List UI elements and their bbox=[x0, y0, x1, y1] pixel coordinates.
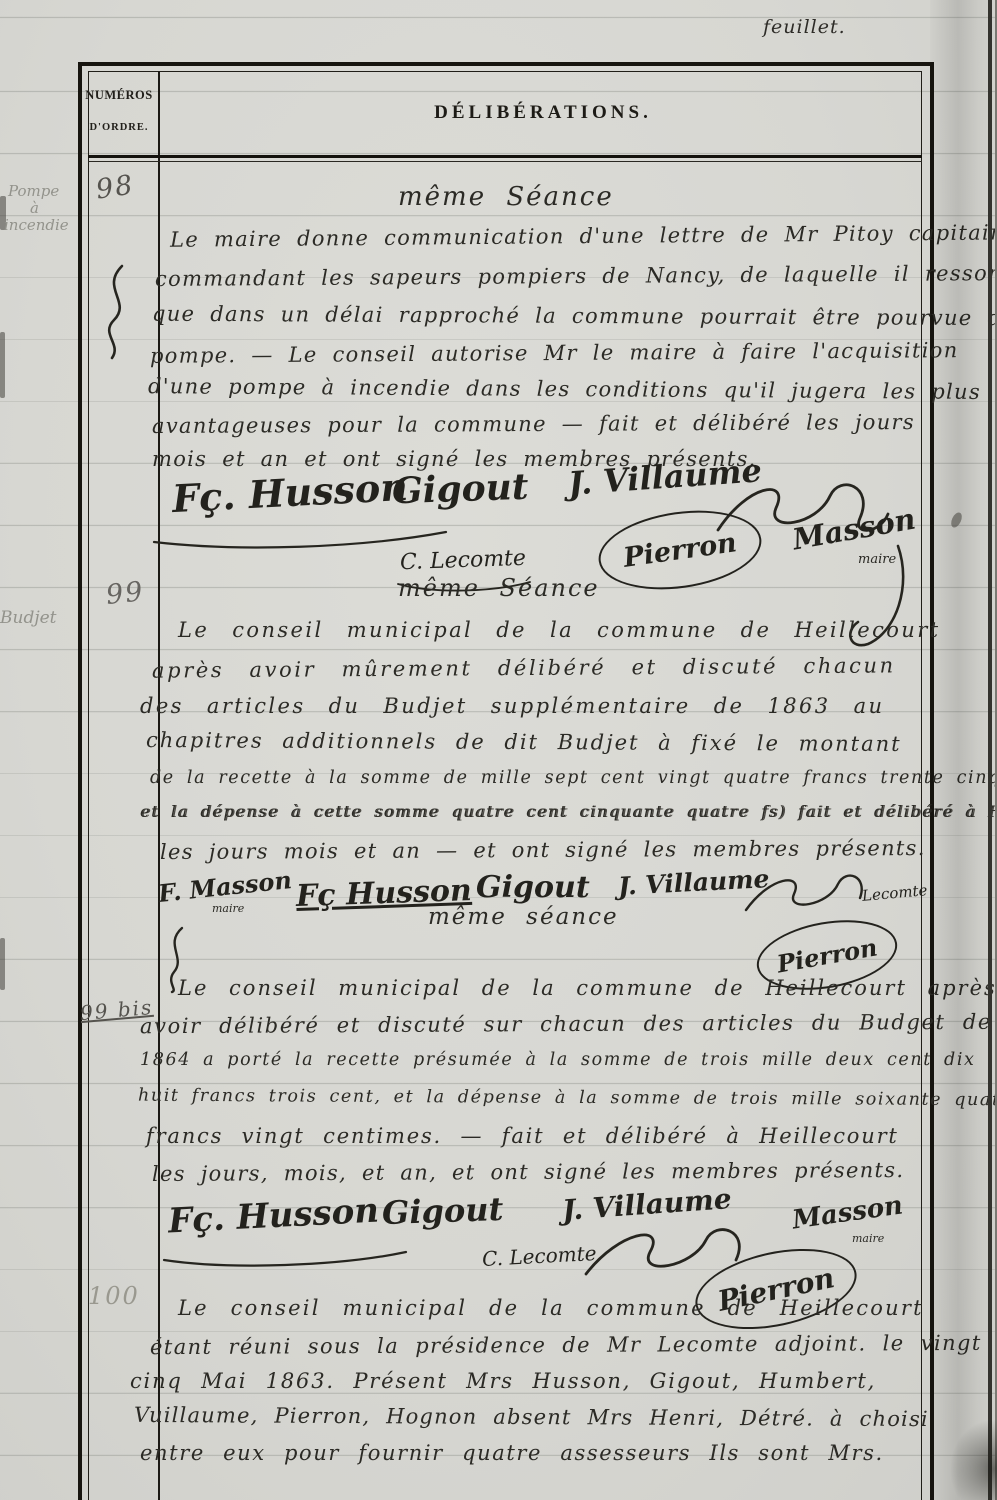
margin-note-budget: Budjet bbox=[0, 608, 57, 628]
page-gutter-shadow bbox=[930, 0, 997, 1500]
deliberation-line: Vuillaume, Pierron, Hognon absent Mrs He… bbox=[134, 1403, 929, 1431]
margin-note-pompe: Pompe bbox=[8, 182, 59, 200]
deliberation-line: avantageuses pour la commune — fait et d… bbox=[152, 410, 915, 438]
deliberation-line: Le conseil municipal de la commune de He… bbox=[178, 618, 941, 642]
deliberation-line: que dans un délai rapproché la commune p… bbox=[152, 302, 997, 331]
paraph-flourish bbox=[92, 262, 138, 362]
register-page-scan: feuillet. NUMÉROS D'ORDRE. DÉLIBÉRATIONS… bbox=[0, 0, 997, 1500]
deliberations-header: DÉLIBÉRATIONS. bbox=[160, 102, 926, 124]
deliberation-line: chapitres additionnels de dit Budjet à f… bbox=[146, 728, 902, 756]
deliberation-line: les jours mois et an — et ont signé les … bbox=[160, 836, 926, 864]
deliberation-line: francs vingt centimes. — fait et délibér… bbox=[146, 1124, 899, 1148]
scan-edge-smudge bbox=[0, 332, 5, 398]
feuillet-label: feuillet. bbox=[763, 16, 846, 38]
header-rule bbox=[88, 161, 922, 162]
signature-flourish bbox=[742, 866, 872, 926]
signature-flourish bbox=[160, 1248, 410, 1270]
signature-gigout: Gigout bbox=[391, 466, 529, 513]
header-rule bbox=[88, 155, 922, 158]
seance-heading: même Séance bbox=[398, 182, 614, 212]
signature-title-maire: maire bbox=[852, 1232, 884, 1245]
signature-lecomte: C. Lecomte bbox=[400, 546, 527, 575]
numeros-header: NUMÉROS bbox=[80, 88, 158, 103]
signature-gigout: Gigout bbox=[381, 1190, 504, 1232]
entry-number-100: 100 bbox=[88, 1282, 140, 1310]
scan-edge-smudge bbox=[0, 938, 5, 990]
seance-heading-repeat: même séance bbox=[428, 904, 619, 930]
signature-pierron: Pierron bbox=[775, 932, 880, 978]
entry-number-99: 99 bbox=[104, 576, 145, 611]
deliberation-line: de la recette à la somme de mille sept c… bbox=[150, 768, 997, 788]
signature-gigout: Gigout bbox=[476, 870, 590, 905]
signature-title-maire: maire bbox=[212, 902, 244, 915]
seance-heading: même Séance bbox=[398, 574, 600, 602]
deliberation-line: Le conseil municipal de la commune de He… bbox=[178, 1296, 924, 1320]
deliberation-line: étant réuni sous la présidence de Mr Lec… bbox=[150, 1331, 982, 1359]
signature-flourish bbox=[150, 528, 450, 552]
margin-note-incendie: incendie bbox=[4, 216, 69, 234]
entry-number-98: 98 bbox=[94, 169, 136, 205]
ordre-header: D'ORDRE. bbox=[80, 122, 158, 133]
page-curl-shadow bbox=[946, 1415, 997, 1500]
page-edge bbox=[988, 0, 992, 1500]
deliberation-line: Le conseil municipal de la commune de He… bbox=[178, 976, 997, 1000]
deliberation-line: avoir délibéré et discuté sur chacun des… bbox=[140, 1010, 992, 1038]
deliberation-line: des articles du Budjet supplémentaire de… bbox=[140, 694, 884, 718]
deliberation-line: 1864 a porté la recette présumée à la so… bbox=[140, 1050, 976, 1070]
deliberation-line: et la dépense à cette somme quatre cent … bbox=[140, 802, 997, 821]
deliberation-line: entre eux pour fournir quatre assesseurs… bbox=[140, 1441, 884, 1465]
margin-note-pompe: à bbox=[30, 199, 39, 217]
signature-pierron: Pierron bbox=[621, 527, 738, 574]
deliberation-line: cinq Mai 1863. Présent Mrs Husson, Gigou… bbox=[130, 1369, 876, 1393]
deliberation-line: les jours, mois, et an, et ont signé les… bbox=[152, 1158, 904, 1186]
